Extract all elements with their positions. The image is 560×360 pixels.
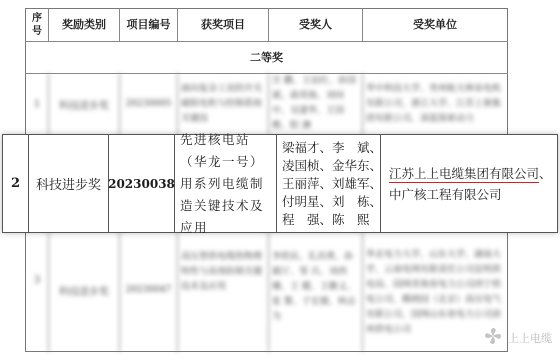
row-project: 高压替供电缆热物理特性与高效防制关键技术及应用 (181, 250, 265, 320)
row-project: 先进核电站（华龙一号）用系列电缆制造关键技术及应用 (175, 135, 277, 232)
header-units: 受奖单位 (363, 9, 507, 41)
row-project: 面向复杂工况的开关磁阻电机与控制系统关键技 (181, 74, 265, 134)
header-index: 序号 (26, 9, 48, 41)
header-project: 获奖项目 (178, 9, 268, 41)
row-category: 科技进步奖 (49, 240, 119, 340)
row-winners: 甘 鹏、王站红、孙国斌、曲荣海、刘同中、吴建华、王国楷、阳 渊 (272, 74, 360, 134)
highlighted-unit: 江苏上上电缆集团有限公司 (389, 166, 539, 183)
row-category: 科技进步奖 (49, 74, 119, 134)
header-winners: 受奖人 (269, 9, 362, 41)
table-row-2-highlighted: 2 科技进步奖 20230038 先进核电站（华龙一号）用系列电缆制造关键技术及… (2, 134, 558, 233)
fan-logo-icon (482, 325, 504, 350)
row-category: 科技进步奖 (29, 135, 109, 232)
row-winners: 梁福才、李 斌、 凌国桢、金华东、 王丽萍、刘雄军、 付明星、刘 栋、 程 强、… (277, 135, 381, 232)
row-code: 20230005 (120, 74, 177, 134)
section-second-prize: 二等奖 (26, 42, 507, 73)
row-units: 江苏上上电缆集团有限公司、中广核工程有限公司 (381, 135, 557, 232)
row-code: 20230038 (109, 135, 175, 232)
watermark: 上上电缆 (482, 325, 552, 350)
header-category: 奖励类别 (49, 9, 119, 41)
header-code: 项目编号 (120, 9, 177, 41)
row-index: 2 (3, 135, 29, 232)
row-index: 3 (26, 240, 48, 320)
row-winners: 李欣民、孔昌勇、孙毅厅、邹 兵、刘西娜、王 健、王瞻义、张 黎、于宏德、柯志为 (272, 250, 360, 330)
row-units: 华中科技大学、贵州航天林泉电机有限公司、浙江大学、江苏上骏集团有限公司、深蓝探索… (366, 74, 504, 134)
row-code: 20230047 (120, 240, 177, 340)
row-index: 1 (26, 74, 48, 134)
